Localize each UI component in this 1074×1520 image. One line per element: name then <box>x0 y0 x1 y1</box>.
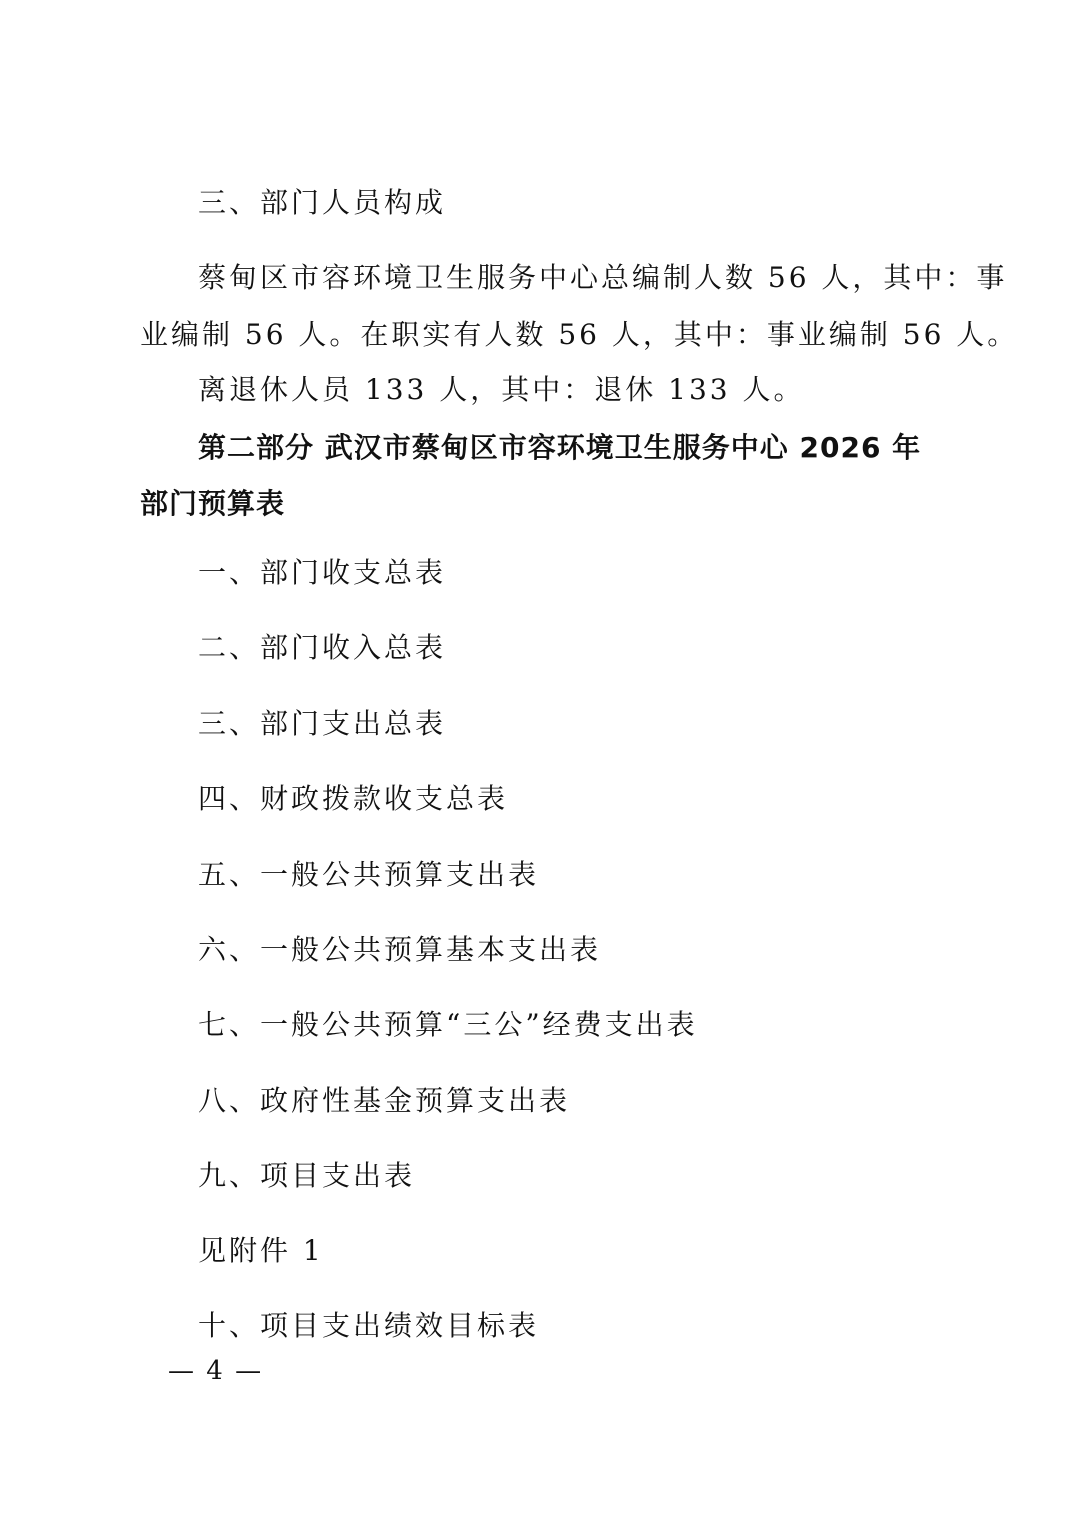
table-list-item: 五、一般公共预算支出表 <box>198 855 539 895</box>
attachment-note: 见附件 1 <box>198 1231 324 1271</box>
table-list-item: 二、部门收入总表 <box>198 628 446 668</box>
section-heading: 三、部门人员构成 <box>198 183 446 223</box>
table-list-item: 一、部门收支总表 <box>198 553 446 593</box>
part2-title-line1: 第二部分 武汉市蔡甸区市容环境卫生服务中心 2026 年 <box>198 428 921 468</box>
part2-title-line2: 部门预算表 <box>140 484 285 524</box>
page-number: — 4 — <box>168 1356 263 1386</box>
staffing-paragraph-line2: 业编制 56 人。在职实有人数 56 人，其中：事业编制 56 人。 <box>140 315 1018 355</box>
table-list-item: 三、部门支出总表 <box>198 704 446 744</box>
retiree-paragraph: 离退休人员 133 人，其中：退休 133 人。 <box>198 370 805 410</box>
table-list-item: 七、一般公共预算“三公”经费支出表 <box>198 1005 698 1045</box>
staffing-paragraph-line1: 蔡甸区市容环境卫生服务中心总编制人数 56 人，其中：事 <box>198 258 1007 298</box>
table-list-item: 十、项目支出绩效目标表 <box>198 1306 539 1346</box>
table-list-item: 四、财政拨款收支总表 <box>198 779 508 819</box>
table-list-item: 八、政府性基金预算支出表 <box>198 1081 570 1121</box>
table-list-item: 九、项目支出表 <box>198 1156 415 1196</box>
table-list-item: 六、一般公共预算基本支出表 <box>198 930 601 970</box>
